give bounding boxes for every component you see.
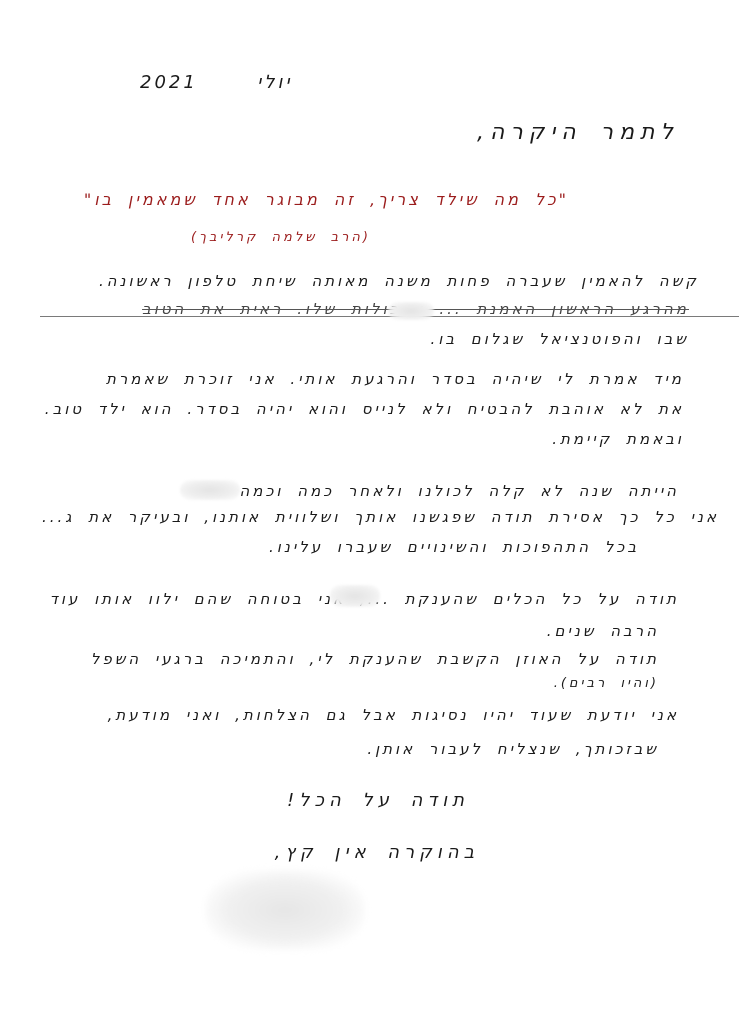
quote-attribution: (הרב שלמה קרליבך) [191, 230, 371, 245]
paragraph-2-line-2: את לא אוהבת להבטיח ולא לנייס והוא יהיה ב… [45, 400, 684, 418]
redacted-name [388, 302, 434, 320]
paragraph-3-line-1: הייתה שנה לא קלה לכולנו ולאחר כמה וכמה .… [202, 482, 679, 500]
paragraph-2-line-1: מיד אמרת לי שיהיה בסדר והרגעת אותי. אני … [106, 370, 684, 388]
quote-text: "כל מה שילד צריך, זה מבוגר אחד שמאמין בו… [84, 190, 569, 209]
paragraph-4-line-3: תודה על האוזן הקשבת שהענקת לי, והתמיכה ב… [91, 650, 659, 668]
date-year: 2021 [140, 72, 198, 93]
paragraph-4-line-4: (והיו רבים). [554, 676, 659, 691]
closing-line: תודה על הכל! [287, 790, 469, 811]
date-month: יולי [257, 72, 292, 93]
redacted-name [180, 480, 240, 500]
paragraph-2-line-3: ובאמת קיימת. [552, 430, 684, 448]
paragraph-5-line-1: אני יודעת שעוד יהיו נסיגות אבל גם הצלחות… [108, 706, 679, 724]
paragraph-5-line-2: שבזכותך, שנצליח לעבור אותן. [367, 740, 659, 758]
greeting: לתמר היקרה, [477, 120, 679, 145]
redacted-name [330, 585, 380, 607]
paragraph-3-line-3: בכל התהפוכות והשינויים שעברו עלינו. [269, 538, 639, 556]
paragraph-1-line-1: קשה להאמין שעברה פחות משנה מאותה שיחת טל… [99, 272, 699, 290]
signoff-line: בהוקרה אין קץ, [275, 842, 479, 863]
paragraph-1-line-3: שבו והפוטנציאל שגלום בו. [431, 330, 689, 348]
paragraph-3-line-2: אני כל כך אסירת תודה שפגשנו אותך ושלווית… [42, 508, 719, 526]
paragraph-4-line-2: הרבה שנים. [547, 622, 659, 640]
letter-date: 2021 יולי [140, 72, 292, 93]
scanned-letter-page: 2021 יולי לתמר היקרה, "כל מה שילד צריך, … [0, 0, 739, 1024]
redacted-signature [205, 870, 365, 950]
